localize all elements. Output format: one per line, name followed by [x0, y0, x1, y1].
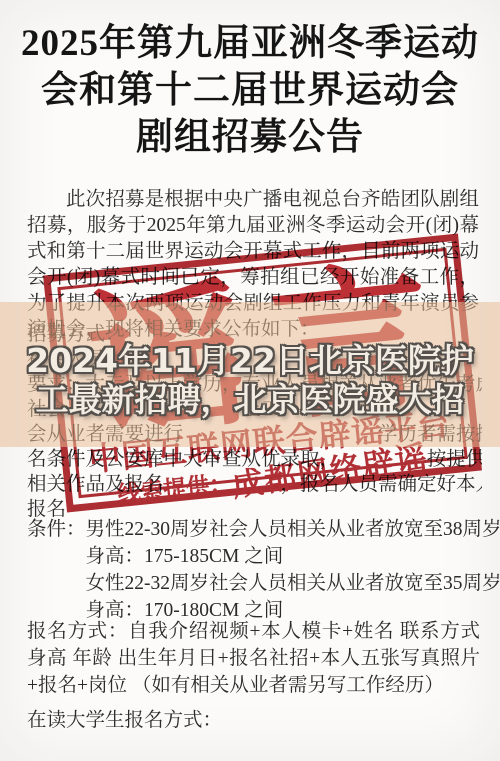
- notice-title-line: 会和第十二届世界运动会: [0, 67, 500, 114]
- notice-condition-line: 条件：男性22-30周岁社会人员相关从业者放宽至38周岁: [27, 516, 482, 543]
- notice-title: 2025年第九届亚洲冬季运动 会和第十二届世界运动会 剧组招募公告: [0, 20, 500, 161]
- caption-overlay: 2024年11月22日北京医院护 工最新招聘，北京医院盛大招: [0, 341, 500, 419]
- caption-line-2: 工最新招聘，北京医院盛大招: [0, 380, 500, 419]
- notice-condition-line: 身高：175-185CM 之间: [27, 543, 482, 570]
- notice-section-signup: 报名方式：自我介绍视频+本人模卡+姓名 联系方式 身高 年龄 出生年月日+报名社…: [27, 618, 480, 699]
- notice-title-line: 2025年第九届亚洲冬季运动: [0, 20, 500, 67]
- rumor-debunk-screenshot: 2025年第九届亚洲冬季运动 会和第十二届世界运动会 剧组招募公告 此次招募是根…: [0, 0, 500, 761]
- notice-condition-line: 女性22-32周岁社会人员相关从业者放宽至35周岁。: [27, 570, 482, 597]
- notice-title-line: 剧组招募公告: [0, 114, 500, 161]
- caption-line-1: 2024年11月22日北京医院护: [0, 341, 500, 380]
- notice-section-student-signup: 在读大学生报名方式：: [27, 708, 480, 734]
- notice-section-conditions: 条件：男性22-30周岁社会人员相关从业者放宽至38周岁 身高：175-185C…: [27, 516, 482, 624]
- rumor-stamp-source-label: 线索提供：: [116, 471, 233, 508]
